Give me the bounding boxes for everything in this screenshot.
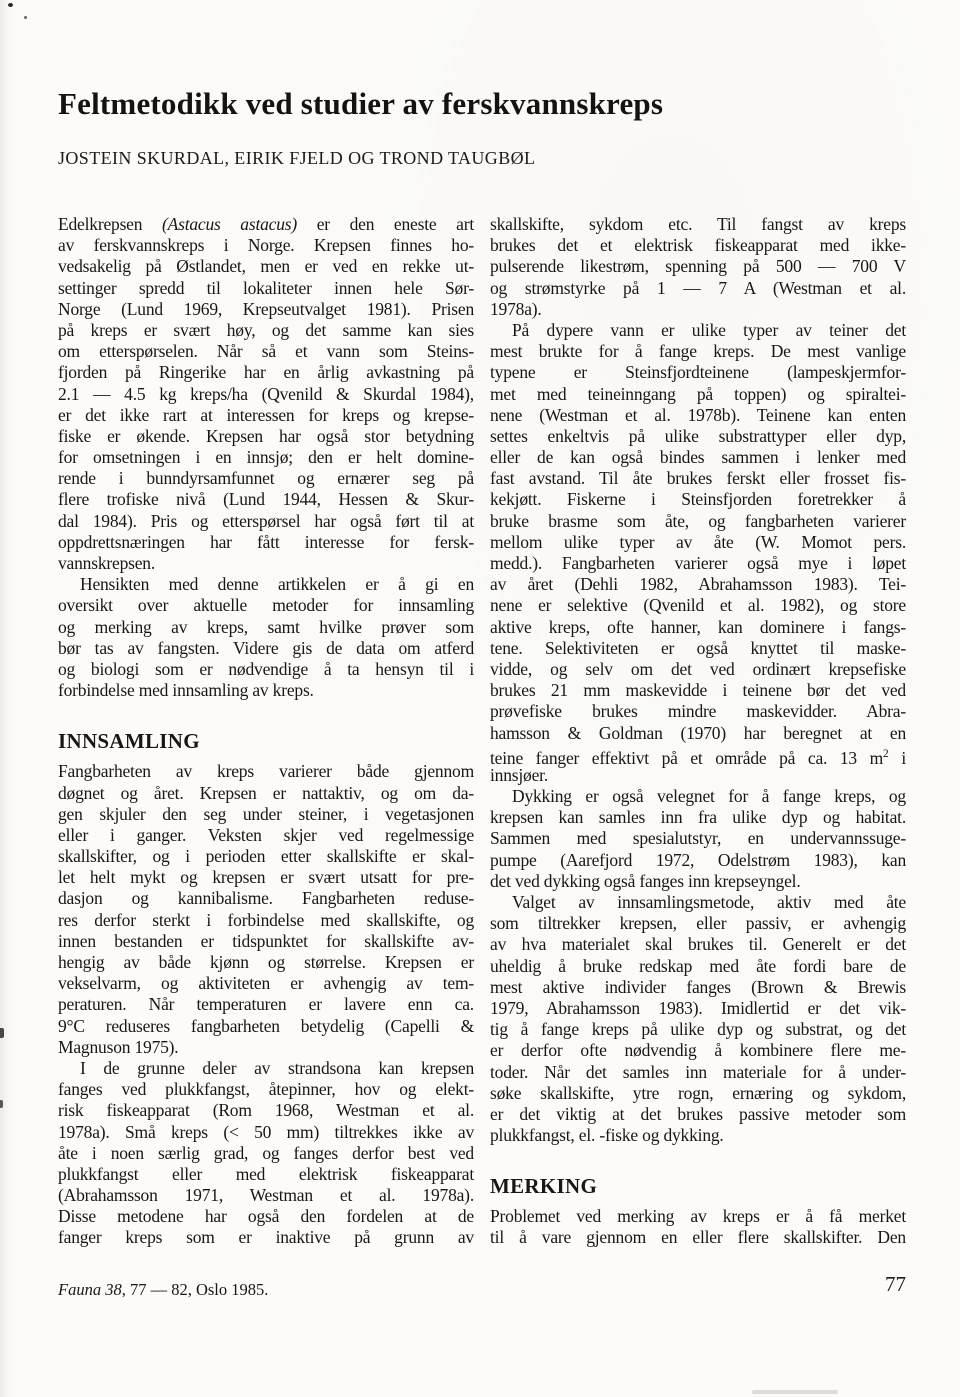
- text-line: Hensikten med denne artikkelen er å gi e…: [58, 574, 474, 595]
- text-line: oppdrettsnæringen har fått interesse for…: [58, 532, 474, 553]
- text-line: pulserende likestrøm, spenning på 500 — …: [490, 256, 906, 277]
- text-line: settes enkeltvis på ulike substrattyper …: [490, 426, 906, 447]
- text-line: tig å fange kreps på ulike dyp og substr…: [490, 1019, 906, 1040]
- text-line: Valget av innsamlingsmetode, aktiv med å…: [490, 892, 906, 913]
- text-column-right: skallskifte, sykdom etc. Til fangst av k…: [490, 214, 906, 1249]
- scan-artifact: [0, 1028, 4, 1038]
- text-line: på kreps er svært høy, og det samme kan …: [58, 320, 474, 341]
- scan-artifact: [752, 1390, 838, 1394]
- text-line: toder. Når det samles inn materiale for …: [490, 1062, 906, 1083]
- text-line: og biologi som er nødvendige å ta hensyn…: [58, 659, 474, 680]
- text-line: fanger kreps som er inaktive på grunn av: [58, 1227, 474, 1248]
- text-line: hengig av både kjønn og størrelse. Kreps…: [58, 952, 474, 973]
- text-line: dal 1984). Pris og etterspørsel har også…: [58, 511, 474, 532]
- article-title: Feltmetodikk ved studier av ferskvannskr…: [58, 86, 918, 122]
- text-line: met med teineinngang på toppen) og spira…: [490, 384, 906, 405]
- text-line: eller i ganger. Veksten skjer ved regelm…: [58, 825, 474, 846]
- text-line: søke skallskifte, ytre rogn, ernæring og…: [490, 1083, 906, 1104]
- page-number: 77: [856, 1272, 906, 1297]
- text-line: pumpe (Aarefjord 1972, Odelstrøm 1983), …: [490, 850, 906, 871]
- text-line: hamsson & Goldman (1970) har beregnet at…: [490, 723, 906, 744]
- text-line: 1978a). Små kreps (< 50 mm) tiltrekkes i…: [58, 1122, 474, 1143]
- text-line: let helt mykt og krepsen er svært utsatt…: [58, 867, 474, 888]
- text-line: nene er selektive (Qvenild et al. 1982),…: [490, 595, 906, 616]
- text-line: krepsen kan samles inn fra ulike dyp og …: [490, 807, 906, 828]
- text-line: til å vare gjennom en eller flere skalls…: [490, 1227, 906, 1248]
- text-line: er det ikke rart at interessen for kreps…: [58, 405, 474, 426]
- text-line: forbindelse med innsamling av kreps.: [58, 680, 474, 701]
- text-line: I de grunne deler av strandsona kan krep…: [58, 1058, 474, 1079]
- text-line: skallskifter, og i perioden etter skalls…: [58, 846, 474, 867]
- text-line: skallskifte, sykdom etc. Til fangst av k…: [490, 214, 906, 235]
- text-line: dasjon og kannibalisme. Fangbarheten red…: [58, 888, 474, 909]
- text-line: vidde, og selv om det ved ordinært kreps…: [490, 659, 906, 680]
- text-line: innsjøer.: [490, 765, 906, 786]
- article-authors: JOSTEIN SKURDAL, EIRIK FJELD OG TROND TA…: [58, 148, 918, 169]
- text-line: innen bestanden er tidspunktet for skall…: [58, 931, 474, 952]
- text-line: (Abrahamsson 1971, Westman et al. 1978a)…: [58, 1185, 474, 1206]
- text-line: plukkfangst, el. -fiske og dykking.: [490, 1125, 906, 1146]
- text-line: fanges ved plukkfangst, åtepinner, hov o…: [58, 1079, 474, 1100]
- text-line: vedsakelig på Østlandet, men er ved en r…: [58, 256, 474, 277]
- text-line: 9°C reduseres fangbarheten betydelig (Ca…: [58, 1016, 474, 1037]
- text-line: fast avstand. Til åte brukes ferskt elle…: [490, 468, 906, 489]
- text-line: av hva materialet skal brukes til. Gener…: [490, 934, 906, 955]
- text-line: plukkfangst eller med elektrisk fiskeapp…: [58, 1164, 474, 1185]
- text-line: Problemet ved merking av kreps er å få m…: [490, 1206, 906, 1227]
- text-line: fjorden på Ringerike har en årlig avkast…: [58, 362, 474, 383]
- text-line: eller de kan også bindes sammen i lenker…: [490, 447, 906, 468]
- text-line: peraturen. Når temperaturen er lavere en…: [58, 994, 474, 1015]
- text-line: bruke brasme som åte, og fangbarheten va…: [490, 511, 906, 532]
- text-line: nene (Westman et al. 1978b). Teinene kan…: [490, 405, 906, 426]
- text-line: vannskrepsen.: [58, 553, 474, 574]
- text-line: Dykking er også velegnet for å fange kre…: [490, 786, 906, 807]
- text-line: det ved dykking også fanges inn krepseyn…: [490, 871, 906, 892]
- text-line: medd.). Fangbarheten varierer også mye i…: [490, 553, 906, 574]
- text-line: På dypere vann er ulike typer av teiner …: [490, 320, 906, 341]
- text-line: typene er Steinsfjordteinene (lampeskjer…: [490, 362, 906, 383]
- journal-reference-rest: , 77 — 82, Oslo 1985.: [122, 1280, 269, 1299]
- text-line: teine fanger effektivt på et område på c…: [490, 744, 906, 765]
- text-line: åte i noen særlig grad, og fanges derfor…: [58, 1143, 474, 1164]
- text-line: flere trofiske nivå (Lund 1944, Hessen &…: [58, 489, 474, 510]
- text-line: av ferskvannskreps i Norge. Krepsen finn…: [58, 235, 474, 256]
- text-line: res derfor sterkt i forbindelse med skal…: [58, 910, 474, 931]
- text-column-left: Edelkrepsen (Astacus astacus) er den ene…: [58, 214, 474, 1249]
- text-line: settinger spredd til lokaliteter innen h…: [58, 278, 474, 299]
- text-line: som tiltrekker krepsen, eller passiv, er…: [490, 913, 906, 934]
- text-line: prøvefiske brukes mindre maskevidder. Ab…: [490, 701, 906, 722]
- text-line: mest aktive individer fanges (Brown & Br…: [490, 977, 906, 998]
- text-line: Disse metodene har også den fordelen at …: [58, 1206, 474, 1227]
- text-line: av året (Dehli 1982, Abrahamsson 1983). …: [490, 574, 906, 595]
- text-line: Edelkrepsen (Astacus astacus) er den ene…: [58, 214, 474, 235]
- text-line: Magnuson 1975).: [58, 1037, 474, 1058]
- section-heading: INNSAMLING: [58, 729, 474, 753]
- text-line: er derfor ofte nødvendig å kombinere fle…: [490, 1040, 906, 1061]
- text-line: brukes det et elektrisk fiskeapparat med…: [490, 235, 906, 256]
- scan-artifact: [24, 16, 27, 19]
- scan-artifact: [8, 3, 13, 7]
- text-line: oversikt over aktuelle metoder for innsa…: [58, 595, 474, 616]
- text-line: rende i bunndyrsamfunnet og ernærer seg …: [58, 468, 474, 489]
- text-line: om etterspørselen. Når så et vann som St…: [58, 341, 474, 362]
- text-line: brukes 21 mm maskevidde i teinene bør de…: [490, 680, 906, 701]
- text-line: er det viktig at det brukes passive meto…: [490, 1104, 906, 1125]
- text-line: mest brukte for å fange kreps. De mest v…: [490, 341, 906, 362]
- text-line: aktive kreps, ofte hanner, kan dominere …: [490, 617, 906, 638]
- text-line: Norge (Lund 1969, Krepseutvalget 1981). …: [58, 299, 474, 320]
- journal-name: Fauna 38: [58, 1280, 122, 1299]
- text-line: kekjøtt. Fiskerne i Steinsfjorden foretr…: [490, 489, 906, 510]
- text-line: tene. Selektiviteten er også knyttet til…: [490, 638, 906, 659]
- text-line: bør tas av fangsten. Videre gis de data …: [58, 638, 474, 659]
- text-line: døgnet og året. Krepsen er nattaktiv, og…: [58, 783, 474, 804]
- text-line: uheldig å bruke redskap med åte fordi ba…: [490, 956, 906, 977]
- text-line: Sammen med spesialutstyr, en undervannss…: [490, 828, 906, 849]
- text-line: 1978a).: [490, 299, 906, 320]
- journal-reference: Fauna 38, 77 — 82, Oslo 1985.: [58, 1280, 268, 1300]
- scanned-page: Feltmetodikk ved studier av ferskvannskr…: [0, 0, 960, 1397]
- text-line: fiske er økende. Krepsen har også stor b…: [58, 426, 474, 447]
- text-line: vekselvarm, og aktiviteten er avhengig a…: [58, 973, 474, 994]
- text-line: 1979, Abrahamsson 1983). Imidlertid er d…: [490, 998, 906, 1019]
- text-line: gen skjuler den seg under steiner, i veg…: [58, 804, 474, 825]
- text-line: mellom ulike typer av åte (W. Momot pers…: [490, 532, 906, 553]
- scan-artifact: [0, 1100, 3, 1108]
- text-line: for omsetningen i en innsjø; den er helt…: [58, 447, 474, 468]
- text-line: og strømstyrke på 1 — 7 A (Westman et al…: [490, 278, 906, 299]
- text-line: risk fiskeapparat (Rom 1968, Westman et …: [58, 1100, 474, 1121]
- text-line: 2.1 — 4.5 kg kreps/ha (Qvenild & Skurdal…: [58, 384, 474, 405]
- text-line: og merking av kreps, samt hvilke prøver …: [58, 617, 474, 638]
- section-heading: MERKING: [490, 1174, 906, 1198]
- text-line: Fangbarheten av kreps varierer både gjen…: [58, 761, 474, 782]
